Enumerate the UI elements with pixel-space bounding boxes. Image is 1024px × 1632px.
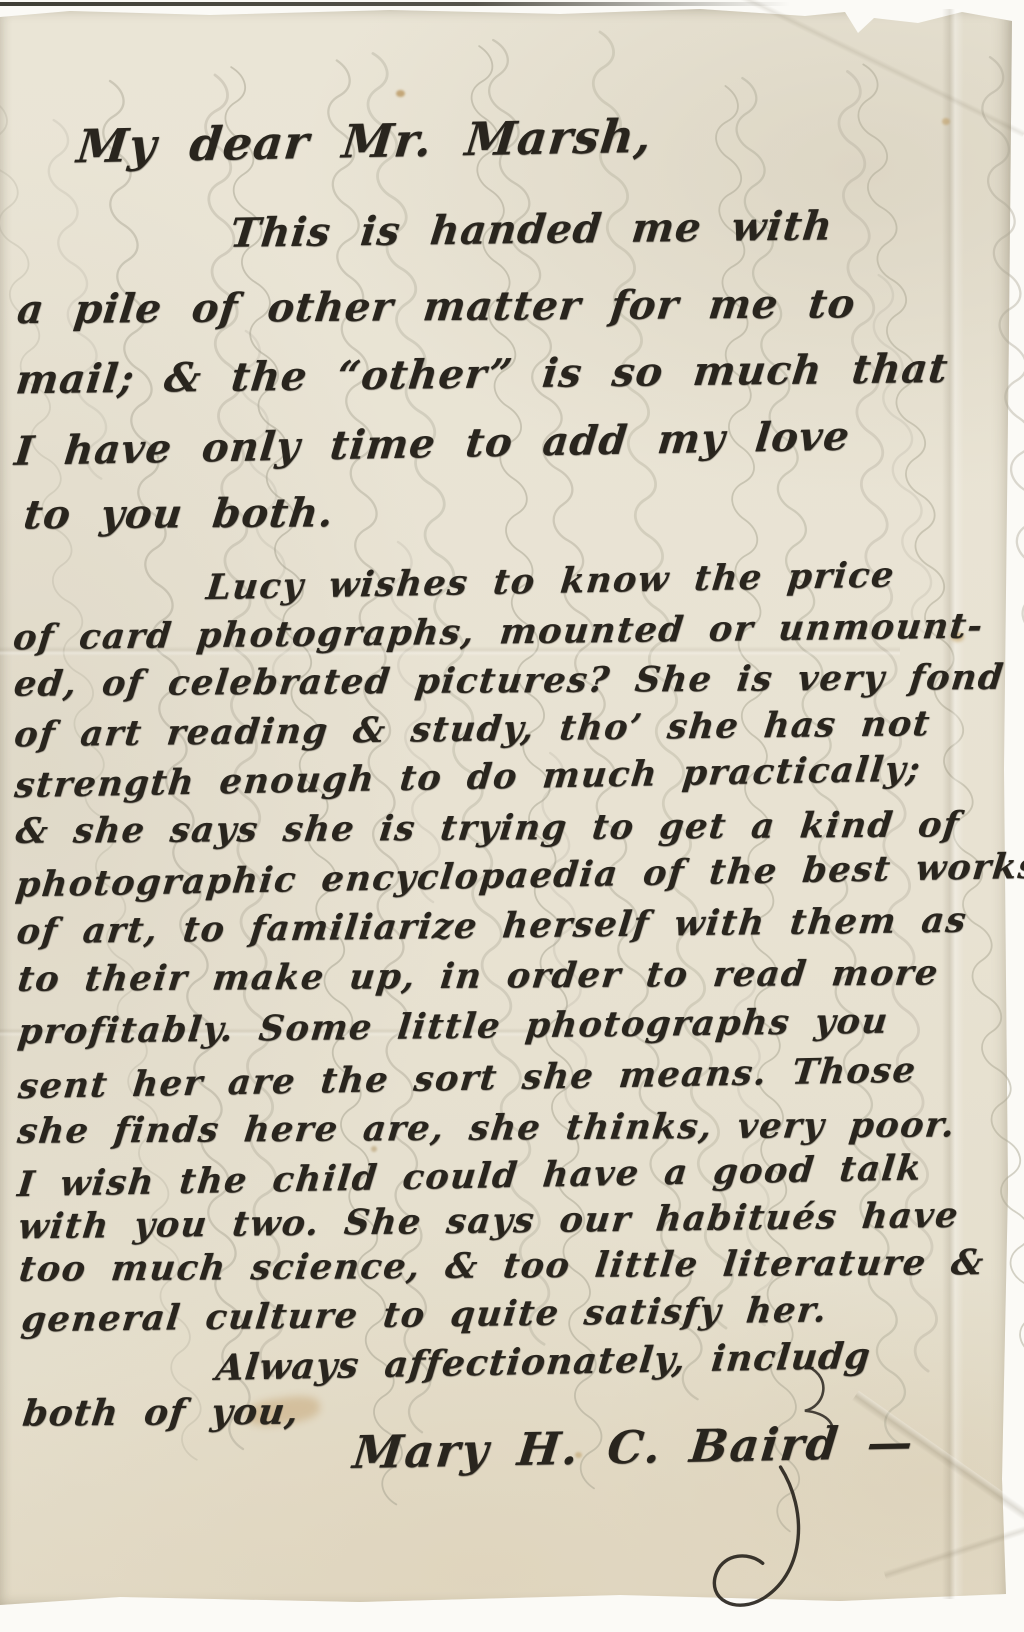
letter-line: of art, to familiarize herself with them…: [15, 900, 970, 953]
closing-line: both of you,: [20, 1391, 301, 1435]
letter-line: Lucy wishes to know the price: [204, 554, 897, 608]
letter-line: of card photographs, mounted or unmount-: [11, 605, 986, 658]
signature-flourish: [575, 1458, 877, 1632]
letter-line: I have only time to add my love: [12, 413, 852, 475]
handwritten-letter-text: My dear Mr. Marsh, This is handed me wit…: [0, 0, 1024, 1632]
letter-line: she finds here are, she thinks, very poo…: [15, 1104, 958, 1152]
letter-line: of art reading & study, tho’ she has not: [12, 703, 933, 755]
letter-line: general culture to quite satisfy her.: [19, 1289, 829, 1340]
signature-line: Mary H. C. Baird —: [350, 1416, 917, 1479]
letter-line: photographic encyclopaedia of the best w…: [14, 846, 1024, 906]
letter-line: ed, of celebrated pictures? She is very …: [12, 657, 1007, 705]
salutation-line: My dear Mr. Marsh,: [74, 109, 654, 174]
letter-line: strength enough to do much practically;: [13, 748, 924, 806]
letter-line: to their make up, in order to read more: [15, 952, 941, 999]
letter-line: sent her are the sort she means. Those: [16, 1050, 918, 1108]
letter-line: mail; & the “other” is so much that: [14, 345, 951, 403]
letter-line: & she says she is trying to get a kind o…: [14, 804, 962, 852]
letter-line: too much science, & too little literatur…: [17, 1242, 987, 1290]
letter-line: profitably. Some little photographs you: [16, 1001, 891, 1053]
letter-line: to you both.: [21, 489, 336, 538]
letter-scan-page: { "letter": { "salutation": "My dear Mr.…: [0, 0, 1024, 1632]
scan-edge-line: [0, 2, 790, 6]
letter-line: This is handed me with: [228, 202, 836, 256]
letter-line: a pile of other matter for me to: [15, 280, 858, 333]
closing-line: Always affectionately, includg: [214, 1335, 873, 1389]
letter-line: with you two. She says our habitués have: [16, 1195, 961, 1248]
